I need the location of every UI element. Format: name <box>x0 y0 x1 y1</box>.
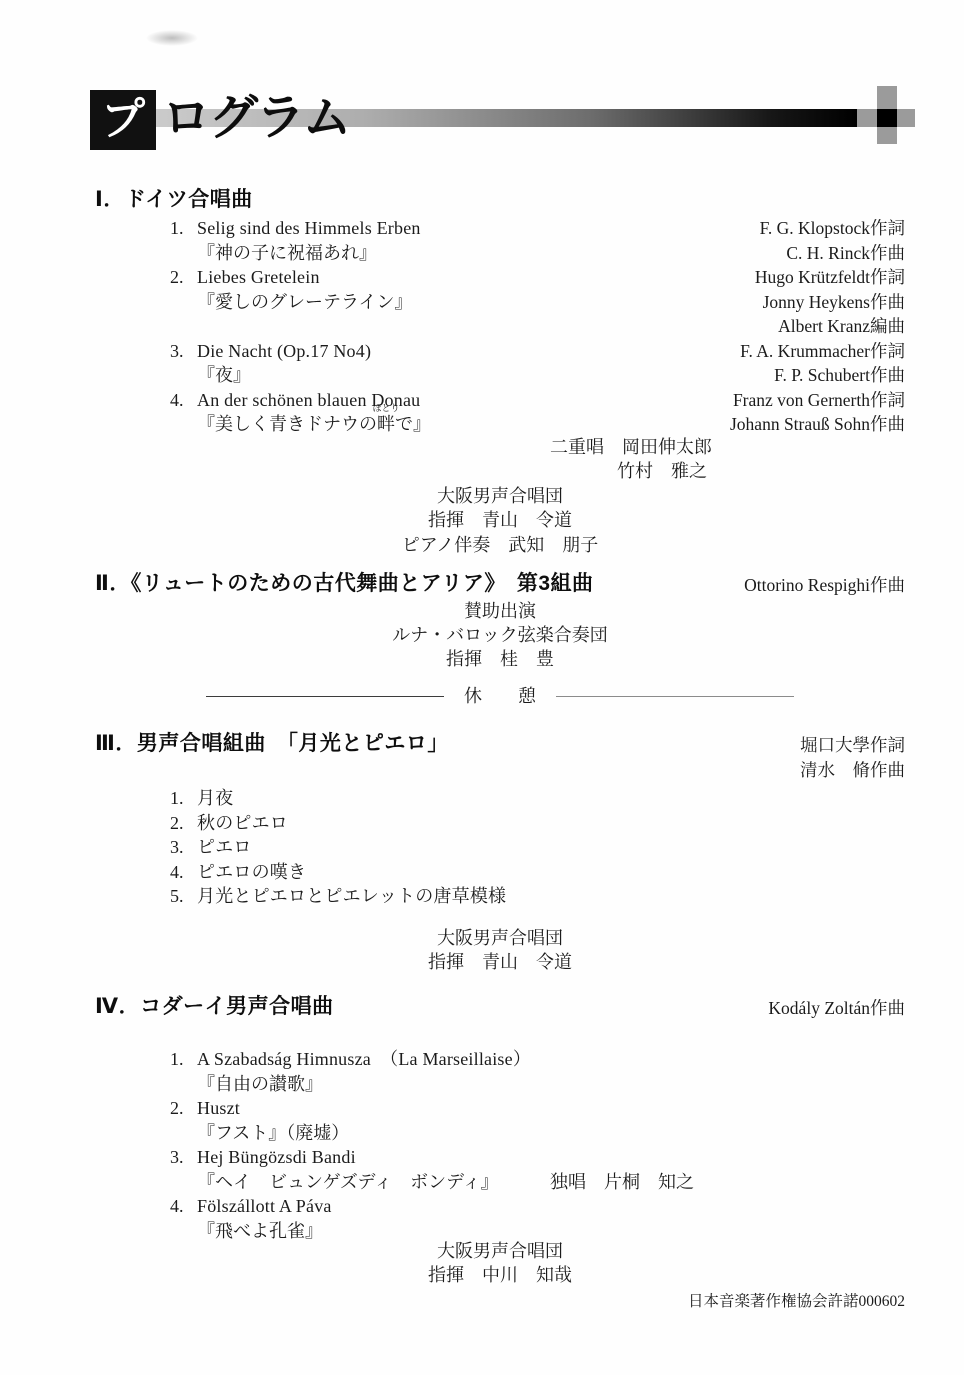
lyricist-credit: 堀口大學作詞 <box>800 733 905 758</box>
program-row: 4. An der schönen blauen Donau Franz von… <box>95 388 905 413</box>
program-row: 『夜』 F. P. Schubert作曲 <box>95 363 905 388</box>
section-4-rows: 1. A Szabadság Himnusza （La Marseillaise… <box>95 1047 905 1243</box>
conductor-credit: 指揮 桂 豊 <box>95 647 905 671</box>
song-title: A Szabadság Himnusza （La Marseillaise） <box>197 1047 531 1072</box>
composer-credit: Kodály Zoltán作曲 <box>768 994 905 1021</box>
section-3-rows: 1. 月夜 2. 秋のピエロ 3. ピエロ 4. ピエロの嘆き 5. 月光とピエ… <box>95 786 905 909</box>
song-subtitle: 『美しく青きドナウの畔ほとりで』 <box>197 412 431 437</box>
program-row: 2. 秋のピエロ <box>95 811 905 836</box>
program-row: 1. A Szabadság Himnusza （La Marseillaise… <box>95 1047 905 1072</box>
duet-credit: 二重唱 岡田伸太郎 <box>550 435 712 459</box>
song-number: 4. <box>170 388 184 413</box>
section-4-heading: Ⅳ．コダーイ男声合唱曲 <box>95 994 334 1020</box>
credit: Jonny Heykens作曲 <box>763 290 905 315</box>
section-1-rows: 1. Selig sind des Himmels Erben F. G. Kl… <box>95 216 905 437</box>
piano-credit: ピアノ伴奏 武知 朋子 <box>95 533 905 557</box>
section-1-heading: Ⅰ．ドイツ合唱曲 <box>95 187 253 213</box>
program-row: 4. ピエロの嘆き <box>95 860 905 885</box>
conductor-credit: 指揮 青山 令道 <box>95 950 905 974</box>
soloist-credit: 独唱 片桐 知之 <box>550 1170 694 1195</box>
section-2-heading: Ⅱ．《リュートのための古代舞曲とアリア》 第3組曲 <box>95 571 594 597</box>
song-title: 月夜 <box>197 786 233 811</box>
support-appearance: 賛助出演 <box>95 599 905 623</box>
program-row: 2. Huszt <box>95 1096 905 1121</box>
program-row: 4. Fölszállott A Páva <box>95 1194 905 1219</box>
composer-credit: 清水 脩作曲 <box>800 758 905 783</box>
page-title: ログラム <box>162 92 350 144</box>
divider-line-right <box>556 696 794 697</box>
song-number: 4. <box>170 1194 184 1219</box>
song-subtitle: 『フスト』（廃墟） <box>197 1121 349 1146</box>
song-number: 1. <box>170 786 184 811</box>
credit: C. H. Rinck作曲 <box>786 241 905 266</box>
song-title: 月光とピエロとピエレットの唐草模様 <box>197 884 506 909</box>
title-boxed-char: プ <box>101 90 145 150</box>
choir-name: 大阪男声合唱団 <box>95 1239 905 1263</box>
intermission-label: 休 憩 <box>464 684 536 708</box>
song-number: 3. <box>170 835 184 860</box>
credit: F. G. Klopstock作詞 <box>760 216 905 241</box>
ruby-furigana: ほとり <box>372 404 399 413</box>
song-subtitle: 『神の子に祝福あれ』 <box>197 241 377 266</box>
program-row: 5. 月光とピエロとピエレットの唐草模様 <box>95 884 905 909</box>
program-row: 3. Die Nacht (Op.17 No4) F. A. Krummache… <box>95 339 905 364</box>
song-subtitle: 『愛しのグレーテライン』 <box>197 290 412 315</box>
copyright-notice: 日本音楽著作権協会許諾000602 <box>95 1292 905 1312</box>
title-bar-intersection <box>877 109 897 127</box>
ruby-annotated-word: 畔ほとり <box>377 414 395 434</box>
credit: F. P. Schubert作曲 <box>774 363 905 388</box>
song-number: 3. <box>170 339 184 364</box>
section-4-heading-row: Ⅳ．コダーイ男声合唱曲 Kodály Zoltán作曲 <box>95 994 905 1021</box>
song-number: 1. <box>170 216 184 241</box>
program-row: 『自由の讃歌』 <box>95 1072 905 1097</box>
title-box: プ <box>90 90 156 150</box>
song-title: ピエロの嘆き <box>197 860 306 885</box>
program-row: 2. Liebes Gretelein Hugo Krützfeldt作詞 <box>95 265 905 290</box>
credit: F. A. Krummacher作詞 <box>740 339 905 364</box>
composer-credit: Ottorino Respighi作曲 <box>744 571 905 598</box>
credit: Albert Kranz編曲 <box>778 314 905 339</box>
song-subtitle: 『ヘイ ビュンゲズディ ボンディ』 <box>197 1170 499 1195</box>
conductor-credit: 指揮 中川 知哉 <box>95 1263 905 1287</box>
song-title: ピエロ <box>197 835 252 860</box>
program-page: プ ログラム Ⅰ．ドイツ合唱曲 1. Selig sind des Himmel… <box>0 0 964 1375</box>
subtitle-pre: 『美しく青きドナウの <box>197 414 377 434</box>
song-number: 2. <box>170 1096 184 1121</box>
divider-line-left <box>206 696 444 697</box>
program-row: Albert Kranz編曲 <box>95 314 905 339</box>
choir-name: 大阪男声合唱団 <box>95 484 905 508</box>
program-row: 『フスト』（廃墟） <box>95 1121 905 1146</box>
program-row: 1. Selig sind des Himmels Erben F. G. Kl… <box>95 216 905 241</box>
song-title: Liebes Gretelein <box>197 265 320 290</box>
ensemble-name: ルナ・バロック弦楽合奏団 <box>95 623 905 647</box>
credit: Johann Strauß Sohn作曲 <box>730 412 905 437</box>
song-title: 秋のピエロ <box>197 811 288 836</box>
section-3-heading-row: Ⅲ．男声合唱組曲 「月光とピエロ」 堀口大學作詞 清水 脩作曲 <box>95 731 905 782</box>
program-row: 3. Hej Büngözsdi Bandi <box>95 1145 905 1170</box>
song-title: Selig sind des Himmels Erben <box>197 216 421 241</box>
intermission: 休 憩 <box>95 684 905 708</box>
song-title: Fölszállott A Páva <box>197 1194 332 1219</box>
choir-name: 大阪男声合唱団 <box>95 926 905 950</box>
song-subtitle: 『夜』 <box>197 363 251 388</box>
song-number: 2. <box>170 265 184 290</box>
program-row: 『美しく青きドナウの畔ほとりで』 Johann Strauß Sohn作曲 <box>95 412 905 437</box>
section-3-heading: Ⅲ．男声合唱組曲 「月光とピエロ」 <box>95 731 449 757</box>
song-number: 3. <box>170 1145 184 1170</box>
subtitle-post: で』 <box>395 414 431 434</box>
song-title: Huszt <box>197 1096 240 1121</box>
song-title: Die Nacht (Op.17 No4) <box>197 339 371 364</box>
program-row: 『ヘイ ビュンゲズディ ボンディ』 独唱 片桐 知之 <box>95 1170 905 1195</box>
song-number: 2. <box>170 811 184 836</box>
program-row: 『愛しのグレーテライン』 Jonny Heykens作曲 <box>95 290 905 315</box>
program-row: 『神の子に祝福あれ』 C. H. Rinck作曲 <box>95 241 905 266</box>
credit: Franz von Gernerth作詞 <box>733 388 905 413</box>
program-row: 3. ピエロ <box>95 835 905 860</box>
song-subtitle: 『自由の讃歌』 <box>197 1072 323 1097</box>
conductor-credit: 指揮 青山 令道 <box>95 508 905 532</box>
duet-singer-2: 竹村 雅之 <box>617 459 707 483</box>
credit: Hugo Krützfeldt作詞 <box>755 265 905 290</box>
song-title: Hej Büngözsdi Bandi <box>197 1145 356 1170</box>
song-number: 4. <box>170 860 184 885</box>
program-row: 1. 月夜 <box>95 786 905 811</box>
ruby-base: 畔 <box>377 414 395 434</box>
scan-smudge <box>146 30 198 46</box>
song-number: 1. <box>170 1047 184 1072</box>
credits-column: 堀口大學作詞 清水 脩作曲 <box>800 731 905 782</box>
section-2-heading-row: Ⅱ．《リュートのための古代舞曲とアリア》 第3組曲 Ottorino Respi… <box>95 571 905 598</box>
song-number: 5. <box>170 884 184 909</box>
